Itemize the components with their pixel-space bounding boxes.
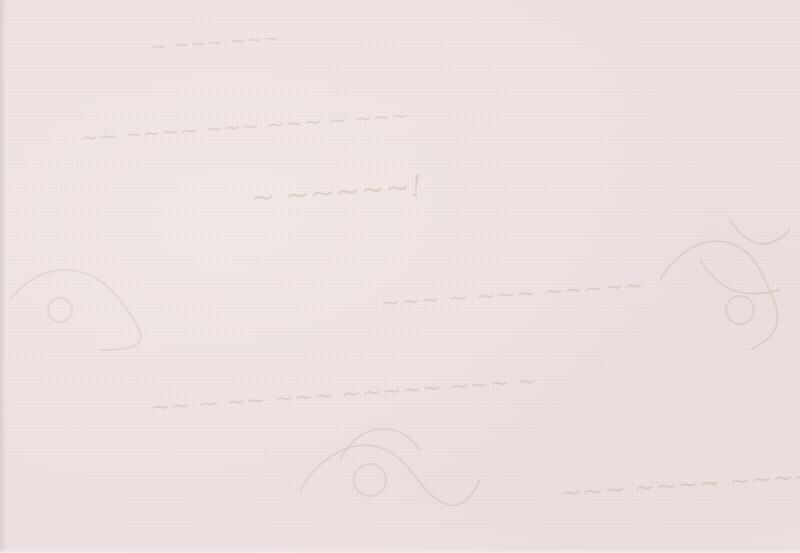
script-line: ~ ~~~ ~~~ — [149, 25, 280, 58]
floral-flourish-icon — [290, 400, 490, 540]
textured-paper-surface: ~ ~~~ ~~~ ~~ ~~~~ ~~~ ~~~ ~ ~~~ ~ ~~~~~!… — [0, 0, 800, 553]
floral-flourish-icon — [640, 190, 800, 370]
script-line: ~ ~~~~~! — [249, 169, 423, 216]
floral-flourish-icon — [0, 240, 160, 360]
script-line: ~~~ ~~~~ ~~~~ — [559, 461, 800, 509]
script-line: ~~~ ~ ~~~ ~~~~~ — [379, 271, 645, 317]
bottom-edge-highlight — [0, 549, 800, 553]
script-line: ~~ ~~~~ ~~~ ~~~ ~ ~~~ — [80, 104, 411, 152]
